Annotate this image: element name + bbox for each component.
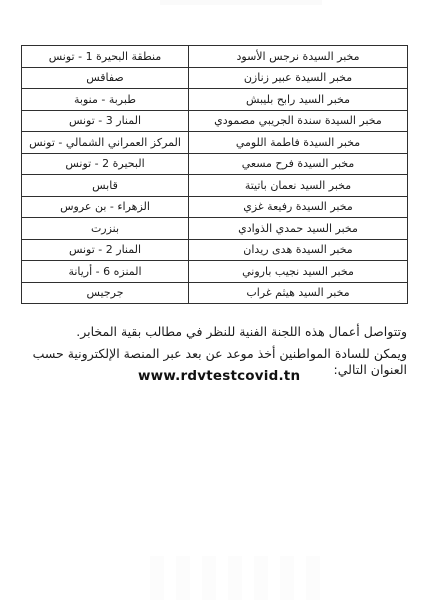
location-cell: منطقة البحيرة 1 - تونس [22, 46, 189, 68]
location-cell: قابس [22, 175, 189, 197]
location-cell: طبربة - منوبة [22, 89, 189, 111]
table-row: مخبر السيدة فرح مسعيالبحيرة 2 - تونس [22, 153, 408, 175]
committee-note-paragraph: وتتواصل أعمال هذه اللجنة الفنية للنظر في… [20, 324, 407, 340]
location-cell: المنار 3 - تونس [22, 110, 189, 132]
table-row: مخبر السيد حمدي الذواديبنزرت [22, 218, 408, 240]
location-cell: المنزه 6 - أريانة [22, 261, 189, 283]
table-row: مخبر السيدة رفيعة غزيالزهراء - بن عروس [22, 196, 408, 218]
bottom-edge-artifact [150, 556, 328, 600]
location-cell: صفاقس [22, 67, 189, 89]
booking-url-text: www.rdvtestcovid.tn [138, 368, 300, 384]
lab-name-cell: مخبر السيدة نرجس الأسود [189, 46, 408, 68]
table-row: مخبر السيد رابح بليبشطبربة - منوبة [22, 89, 408, 111]
document-page: مخبر السيدة نرجس الأسودمنطقة البحيرة 1 -… [0, 0, 425, 600]
location-cell: المنار 2 - تونس [22, 239, 189, 261]
lab-name-cell: مخبر السيدة فرح مسعي [189, 153, 408, 175]
table-row: مخبر السيدة سندة الجريبي مصموديالمنار 3 … [22, 110, 408, 132]
location-cell: الزهراء - بن عروس [22, 196, 189, 218]
table-row: مخبر السيد نعمان باتيتةقابس [22, 175, 408, 197]
location-cell: بنزرت [22, 218, 189, 240]
lab-name-cell: مخبر السيد نعمان باتيتة [189, 175, 408, 197]
location-cell: البحيرة 2 - تونس [22, 153, 189, 175]
lab-name-cell: مخبر السيد رابح بليبش [189, 89, 408, 111]
top-edge-artifact [160, 0, 322, 5]
labs-table-body: مخبر السيدة نرجس الأسودمنطقة البحيرة 1 -… [22, 46, 408, 304]
lab-name-cell: مخبر السيدة فاطمة اللومي [189, 132, 408, 154]
table-row: مخبر السيدة نرجس الأسودمنطقة البحيرة 1 -… [22, 46, 408, 68]
lab-name-cell: مخبر السيدة عبير زنازن [189, 67, 408, 89]
table-row: مخبر السيدة هدى ريدانالمنار 2 - تونس [22, 239, 408, 261]
lab-name-cell: مخبر السيدة هدى ريدان [189, 239, 408, 261]
table-row: مخبر السيدة عبير زنازنصفاقس [22, 67, 408, 89]
table-row: مخبر السيد هيثم غرابجرجيس [22, 282, 408, 304]
lab-name-cell: مخبر السيد هيثم غراب [189, 282, 408, 304]
lab-name-cell: مخبر السيد حمدي الذوادي [189, 218, 408, 240]
table-row: مخبر السيدة فاطمة اللوميالمركز العمراني … [22, 132, 408, 154]
location-cell: جرجيس [22, 282, 189, 304]
labs-table: مخبر السيدة نرجس الأسودمنطقة البحيرة 1 -… [21, 45, 408, 304]
lab-name-cell: مخبر السيدة سندة الجريبي مصمودي [189, 110, 408, 132]
lab-name-cell: مخبر السيدة رفيعة غزي [189, 196, 408, 218]
location-cell: المركز العمراني الشمالي - تونس [22, 132, 189, 154]
table-row: مخبر السيد نجيب بارونيالمنزه 6 - أريانة [22, 261, 408, 283]
lab-name-cell: مخبر السيد نجيب باروني [189, 261, 408, 283]
